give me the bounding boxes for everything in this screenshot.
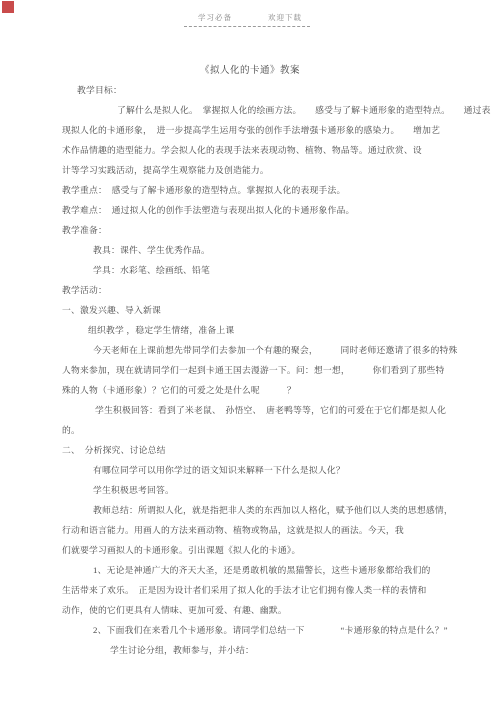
doc-line: 组织教学 ，稳定学生情绪，准备上课 [62,320,500,340]
doc-line: 教学目标： [62,80,500,100]
red-marker [2,1,14,13]
doc-line: 教学活动： [62,280,500,300]
doc-line: 们就要学习画拟人的卡通形象。引出课题《拟人化的卡通》。 [62,540,500,560]
doc-line: 现拟人化的卡通形象， 进一步提高学生运用夸张的创作手法增强卡通形象的感染力。 增… [62,120,500,140]
document-page: 学习必备欢迎下载 《拟人化的卡通》教案 教学目标：了解什么是拟人化。 掌握拟人化… [0,0,500,708]
page-header: 学习必备欢迎下载 [0,13,500,27]
header-divider [184,26,310,27]
doc-line: 一、激发兴趣、导入新课 [62,300,500,320]
doc-line: 学生积极思考回答。 [62,480,500,500]
doc-line: 的。 [62,420,500,440]
doc-line: 教学准备： [62,220,500,240]
doc-line: 计等学习实践活动，提高学生观察能力及创造能力。 [62,160,500,180]
doc-line: 生活带来了欢乐。 正是因为设计者们采用了拟人化的手法才让它们拥有像人类一样的表情… [62,580,500,600]
header-right-label: 欢迎下载 [268,13,302,22]
doc-line: 教学重点： 感受与了解卡通形象的造型特点。掌握拟人化的表现手法。 [62,180,500,200]
doc-line: 今天老师在上课前想先带同学们去参加一个有趣的聚会， 同时老师还邀请了很多的特殊 [62,340,500,360]
doc-line: 术作品情趣的造型能力。学会拟人化的表现手法来表现动物、植物、物品等。通过欣赏、设 [62,140,500,160]
doc-line: 殊的人物（卡通形象）？它们的可爱之处是什么呢 ？ [62,380,500,400]
doc-line: 教师总结：所谓拟人化，就是指把非人类的东西加以人格化，赋予他们以人类的思想感情， [62,500,500,520]
header-left-label: 学习必备 [198,13,232,22]
doc-line: 动作，使的它们更具有人情味、更加可爱、有趣、幽默。 [62,600,500,620]
doc-line: 学具：水彩笔、绘画纸、铅笔 [62,260,500,280]
doc-line: 学生积极回答：看到了米老鼠、 孙悟空、 唐老鸭等等，它们的可爱在于它们都是拟人化 [62,400,500,420]
doc-line: 人物来参加，现在就请同学们一起到卡通王国去漫游一下。问：想一想， 你们看到了那些… [62,360,500,380]
doc-line: 学生讨论分组，教师参与，并小结： [62,640,500,660]
doc-line: 1、无论是神通广大的齐天大圣，还是勇敢机敏的黑猫警长，这些卡通形象都给我们的 [62,560,500,580]
doc-line: 行动和语言能力。用画人的方法来画动物、植物或物品，这就是拟人的画法。今天，我 [62,520,500,540]
doc-line: 2、下面我们在来看几个卡通形象。请同学们总结一下 “卡通形象的特点是什么？” [62,620,500,640]
doc-line: 教具：课件、学生优秀作品。 [62,240,500,260]
doc-line: 了解什么是拟人化。 掌握拟人化的绘画方法。 感受与了解卡通形象的造型特点。 通过… [62,100,500,120]
doc-line: 教学难点： 通过拟人化的创作手法塑造与表现出拟人化的卡通形象作品。 [62,200,500,220]
doc-body: 教学目标：了解什么是拟人化。 掌握拟人化的绘画方法。 感受与了解卡通形象的造型特… [62,80,500,660]
doc-title: 《拟人化的卡通》教案 [0,62,500,76]
doc-line: 二、 分析探究、讨论总结 [62,440,500,460]
doc-line: 有哪位同学可以用你学过的语文知识来解释一下什么是拟人化？ [62,460,500,480]
